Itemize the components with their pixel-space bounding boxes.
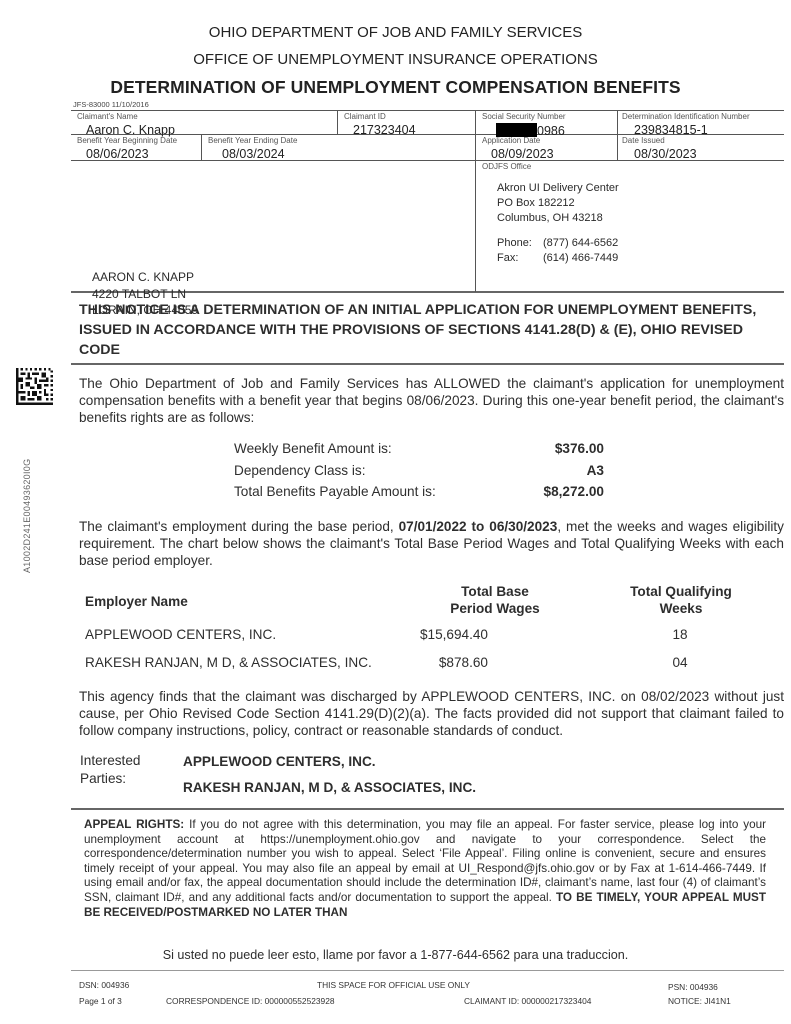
base-period-paragraph: The claimant's employment during the bas… (79, 518, 784, 569)
date-issued-cell: Date Issued 08/30/2023 (618, 135, 784, 161)
benefit-row: Total Benefits Payable Amount is: $8,272… (234, 484, 604, 506)
interested-party: APPLEWOOD CENTERS, INC. (183, 754, 376, 769)
interested-party: RAKESH RANJAN, M D, & ASSOCIATES, INC. (183, 780, 476, 795)
footer-dsn: DSN: 004936 (79, 980, 129, 990)
mailing-address-cell: AARON C. KNAPP 4220 TALBOT LN LORAIN, OH… (71, 161, 476, 292)
datamatrix-barcode-icon (16, 368, 53, 405)
footer-psn: PSN: 004936 (668, 982, 718, 992)
allowed-paragraph: The Ohio Department of Job and Family Se… (79, 375, 784, 426)
ssn-cell: Social Security Number 0986 (476, 111, 618, 135)
employer-weeks: 04 (645, 655, 715, 670)
employer-name: APPLEWOOD CENTERS, INC. (85, 627, 276, 642)
weeks-header-line1: Total Qualifying (625, 584, 737, 601)
appeal-heading: APPEAL RIGHTS: (84, 818, 184, 831)
office-fax: (614) 466-7449 (543, 252, 618, 264)
wages-header-line2: Period Wages (430, 601, 560, 618)
date-issued-value: 08/30/2023 (634, 147, 697, 161)
benefit-row: Weekly Benefit Amount is: $376.00 (234, 441, 604, 463)
office-name: OFFICE OF UNEMPLOYMENT INSURANCE OPERATI… (0, 51, 791, 68)
odjfs-office-cell: ODJFS Office Akron UI Delivery Center PO… (476, 161, 784, 292)
office-city: Columbus, OH 43218 (497, 211, 619, 226)
benefit-label: Dependency Class is: (234, 463, 365, 478)
footer-official-use: THIS SPACE FOR OFFICIAL USE ONLY (317, 980, 470, 990)
address-name: AARON C. KNAPP (92, 269, 198, 286)
phone-label: Phone: (497, 236, 543, 251)
office-phone: (877) 644-6562 (543, 237, 618, 249)
office-name: Akron UI Delivery Center (497, 181, 619, 196)
form-number: JFS-83000 11/10/2016 (73, 100, 149, 109)
base-period-prefix: The claimant's employment during the bas… (79, 519, 399, 534)
claimant-name-cell: Claimant's Name Aaron C. Knapp (71, 111, 338, 135)
benefit-year-begin-label: Benefit Year Beginning Date (77, 136, 177, 145)
employer-name-header: Employer Name (85, 594, 188, 611)
benefit-rights: Weekly Benefit Amount is: $376.00 Depend… (234, 441, 604, 506)
claimant-name-label: Claimant's Name (77, 112, 138, 121)
benefit-year-end-label: Benefit Year Ending Date (208, 136, 297, 145)
footer-claimant-id: CLAIMANT ID: 000000217323404 (464, 996, 591, 1006)
office-po-box: PO Box 182212 (497, 196, 619, 211)
application-date-label: Application Date (482, 136, 540, 145)
document-title: DETERMINATION OF UNEMPLOYMENT COMPENSATI… (0, 77, 791, 98)
claim-info-grid: Claimant's Name Aaron C. Knapp Claimant … (71, 110, 784, 293)
odjfs-office-label: ODJFS Office (482, 162, 531, 171)
section-divider (71, 808, 784, 810)
appeal-rights: APPEAL RIGHTS: If you do not agree with … (84, 818, 766, 920)
spanish-translation-notice: Si usted no puede leer esto, llame por f… (0, 948, 791, 962)
employer-wages: $878.60 (439, 655, 488, 670)
determination-id-cell: Determination Identification Number 2398… (618, 111, 784, 135)
agency-name: OHIO DEPARTMENT OF JOB AND FAMILY SERVIC… (0, 24, 791, 41)
benefit-year-end-value: 08/03/2024 (222, 147, 285, 161)
weeks-header-line2: Weeks (625, 601, 737, 618)
benefit-year-end-cell: Benefit Year Ending Date 08/03/2024 (202, 135, 476, 161)
date-issued-label: Date Issued (622, 136, 665, 145)
application-date-value: 08/09/2023 (491, 147, 554, 161)
section-divider (71, 363, 784, 365)
interested-parties-label: Interested Parties: (80, 752, 140, 788)
benefit-value: $376.00 (555, 441, 604, 456)
benefit-value: A3 (587, 463, 604, 478)
weeks-header: Total Qualifying Weeks (625, 584, 737, 617)
notice-heading: THIS NOTICE IS A DETERMINATION OF AN INI… (79, 300, 779, 360)
footer-correspondence-id: CORRESPONDENCE ID: 000000552523928 (166, 996, 335, 1006)
benefit-year-begin-cell: Benefit Year Beginning Date 08/06/2023 (71, 135, 202, 161)
footer-page-number: Page 1 of 3 (79, 996, 122, 1006)
determination-id-label: Determination Identification Number (622, 112, 750, 121)
base-period-range: 07/01/2022 to 06/30/2023 (399, 519, 558, 534)
document-tracking-code: A1002D241E00493620I0G (22, 459, 32, 573)
ssn-label: Social Security Number (482, 112, 566, 121)
footer-divider (71, 970, 784, 971)
application-date-cell: Application Date 08/09/2023 (476, 135, 618, 161)
claimant-id-label: Claimant ID (344, 112, 386, 121)
benefit-year-begin-value: 08/06/2023 (86, 147, 149, 161)
footer-notice-code: NOTICE: JI41N1 (668, 996, 731, 1006)
wages-header: Total Base Period Wages (430, 584, 560, 617)
employer-wages: $15,694.40 (420, 627, 488, 642)
fax-label: Fax: (497, 251, 543, 266)
benefit-row: Dependency Class is: A3 (234, 463, 604, 485)
employer-name: RAKESH RANJAN, M D, & ASSOCIATES, INC. (85, 655, 372, 670)
wages-header-line1: Total Base (430, 584, 560, 601)
office-address: Akron UI Delivery Center PO Box 182212 C… (497, 181, 619, 266)
benefit-label: Total Benefits Payable Amount is: (234, 484, 436, 499)
finding-paragraph: This agency finds that the claimant was … (79, 688, 784, 739)
benefit-label: Weekly Benefit Amount is: (234, 441, 392, 456)
benefit-value: $8,272.00 (544, 484, 604, 499)
employer-weeks: 18 (645, 627, 715, 642)
claimant-id-cell: Claimant ID 217323404 (338, 111, 476, 135)
